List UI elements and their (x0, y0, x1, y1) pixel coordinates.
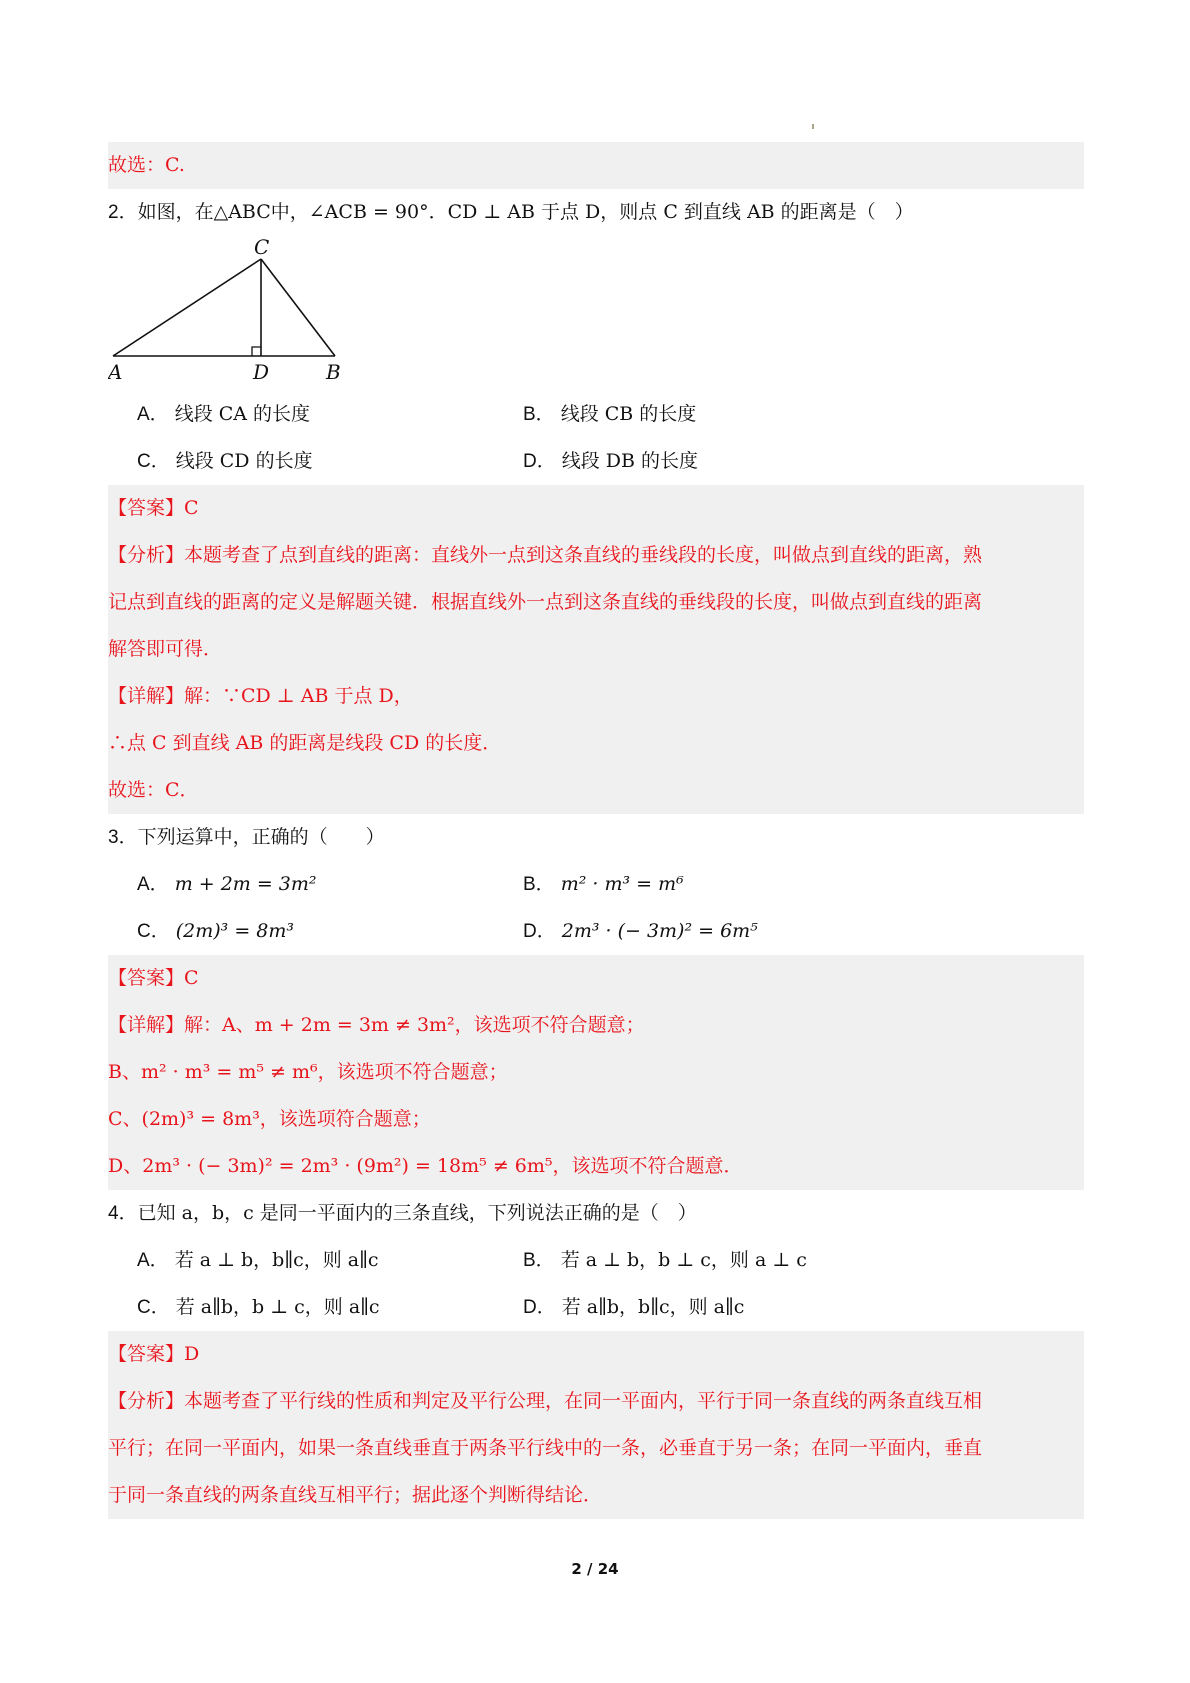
q4-answer-block: 【答案】D 【分析】本题考查了平行线的性质和判定及平行公理，在同一平面内，平行于… (108, 1331, 1084, 1519)
page-number: 2 / 24 (0, 1560, 1190, 1578)
q2-detail-line-3: 故选：C． (108, 767, 1084, 814)
q2-analysis-line-3: 解答即可得． (108, 626, 1084, 673)
q3-option-d[interactable]: D．2m³ · (− 3m)² = 6m⁵ (523, 908, 1023, 955)
q3-options-row-2: C．(2m)³ = 8m³ D．2m³ · (− 3m)² = 6m⁵ (108, 908, 1084, 955)
q3-detail-line-4: D、2m³ · (− 3m)² = 2m³ · (9m²) = 18m⁵ ≠ 6… (108, 1143, 1084, 1190)
q2-answer: 【答案】C (108, 485, 1084, 532)
document-page: 故选：C. 2．如图，在△ABC中，∠ACB = 90°．CD ⊥ AB 于点 … (108, 142, 1084, 1519)
q2-stem-text: 如图，在△ABC中，∠ACB = 90°．CD ⊥ AB 于点 D，则点 C 到… (138, 201, 914, 223)
q2-option-d[interactable]: D．线段 DB 的长度 (523, 438, 1023, 485)
q3-number: 3． (108, 827, 138, 848)
q3-option-c[interactable]: C．(2m)³ = 8m³ (108, 908, 523, 955)
q4-options-row-1: A．若 a ⊥ b，b∥c，则 a∥c B．若 a ⊥ b，b ⊥ c，则 a … (108, 1237, 1084, 1284)
q4-option-b[interactable]: B．若 a ⊥ b，b ⊥ c，则 a ⊥ c (523, 1237, 1023, 1284)
q3-answer: 【答案】C (108, 955, 1084, 1002)
q4-option-d[interactable]: D．若 a∥b，b∥c，则 a∥c (523, 1284, 1023, 1331)
q3-options-row-1: A．m + 2m = 3m² B．m² · m³ = m⁶ (108, 861, 1084, 908)
q4-analysis-line-2: 平行；在同一平面内，如果一条直线垂直于两条平行线中的一条，必垂直于另一条；在同一… (108, 1425, 1084, 1472)
q2-option-c[interactable]: C．线段 CD 的长度 (108, 438, 523, 485)
q4-analysis-line-3: 于同一条直线的两条直线互相平行；据此逐个判断得结论． (108, 1472, 1084, 1519)
q3-stem-text: 下列运算中，正确的（ ） (138, 826, 385, 848)
q3-answer-block: 【答案】C 【详解】解：A、m + 2m = 3m ≠ 3m²，该选项不符合题意… (108, 955, 1084, 1190)
label-A: A (108, 360, 122, 384)
q3-stem: 3．下列运算中，正确的（ ） (108, 814, 1084, 861)
q2-detail-line-2: ∴点 C 到直线 AB 的距离是线段 CD 的长度． (108, 720, 1084, 767)
q4-option-a[interactable]: A．若 a ⊥ b，b∥c，则 a∥c (108, 1237, 523, 1284)
q2-options-row-2: C．线段 CD 的长度 D．线段 DB 的长度 (108, 438, 1084, 485)
q2-option-a[interactable]: A．线段 CA 的长度 (108, 391, 523, 438)
q4-option-c[interactable]: C．若 a∥b，b ⊥ c，则 a∥c (108, 1284, 523, 1331)
q4-answer: 【答案】D (108, 1331, 1084, 1378)
q3-detail-line-2: B、m² · m³ = m⁵ ≠ m⁶，该选项不符合题意； (108, 1049, 1084, 1096)
prev-answer-block: 故选：C. (108, 142, 1084, 189)
label-C: C (254, 236, 269, 259)
q4-stem-text: 已知 a，b，c 是同一平面内的三条直线，下列说法正确的是（ ） (138, 1202, 697, 1224)
label-D: D (252, 360, 269, 384)
q3-detail-line-1: 【详解】解：A、m + 2m = 3m ≠ 3m²，该选项不符合题意； (108, 1002, 1084, 1049)
q2-answer-block: 【答案】C 【分析】本题考查了点到直线的距离：直线外一点到这条直线的垂线段的长度… (108, 485, 1084, 814)
label-B: B (325, 360, 341, 384)
q3-detail-line-3: C、(2m)³ = 8m³，该选项符合题意； (108, 1096, 1084, 1143)
triangle-figure: C A D B (108, 236, 348, 391)
q3-option-b[interactable]: B．m² · m³ = m⁶ (523, 861, 1023, 908)
scan-mark (812, 124, 814, 129)
q2-options-row-1: A．线段 CA 的长度 B．线段 CB 的长度 (108, 391, 1084, 438)
q2-analysis-line-2: 记点到直线的距离的定义是解题关键．根据直线外一点到这条直线的垂线段的长度，叫做点… (108, 579, 1084, 626)
q2-number: 2． (108, 202, 138, 223)
q2-stem: 2．如图，在△ABC中，∠ACB = 90°．CD ⊥ AB 于点 D，则点 C… (108, 189, 1084, 236)
q2-triangle-diagram: C A D B (108, 236, 1084, 391)
q2-option-b[interactable]: B．线段 CB 的长度 (523, 391, 1023, 438)
prev-conclusion: 故选：C. (108, 142, 1084, 189)
q2-detail-line-1: 【详解】解：∵CD ⊥ AB 于点 D， (108, 673, 1084, 720)
q2-analysis-line-1: 【分析】本题考查了点到直线的距离：直线外一点到这条直线的垂线段的长度，叫做点到直… (108, 532, 1084, 579)
q4-stem: 4．已知 a，b，c 是同一平面内的三条直线，下列说法正确的是（ ） (108, 1190, 1084, 1237)
q4-options-row-2: C．若 a∥b，b ⊥ c，则 a∥c D．若 a∥b，b∥c，则 a∥c (108, 1284, 1084, 1331)
q4-analysis-line-1: 【分析】本题考查了平行线的性质和判定及平行公理，在同一平面内，平行于同一条直线的… (108, 1378, 1084, 1425)
q3-option-a[interactable]: A．m + 2m = 3m² (108, 861, 523, 908)
q4-number: 4． (108, 1203, 138, 1224)
